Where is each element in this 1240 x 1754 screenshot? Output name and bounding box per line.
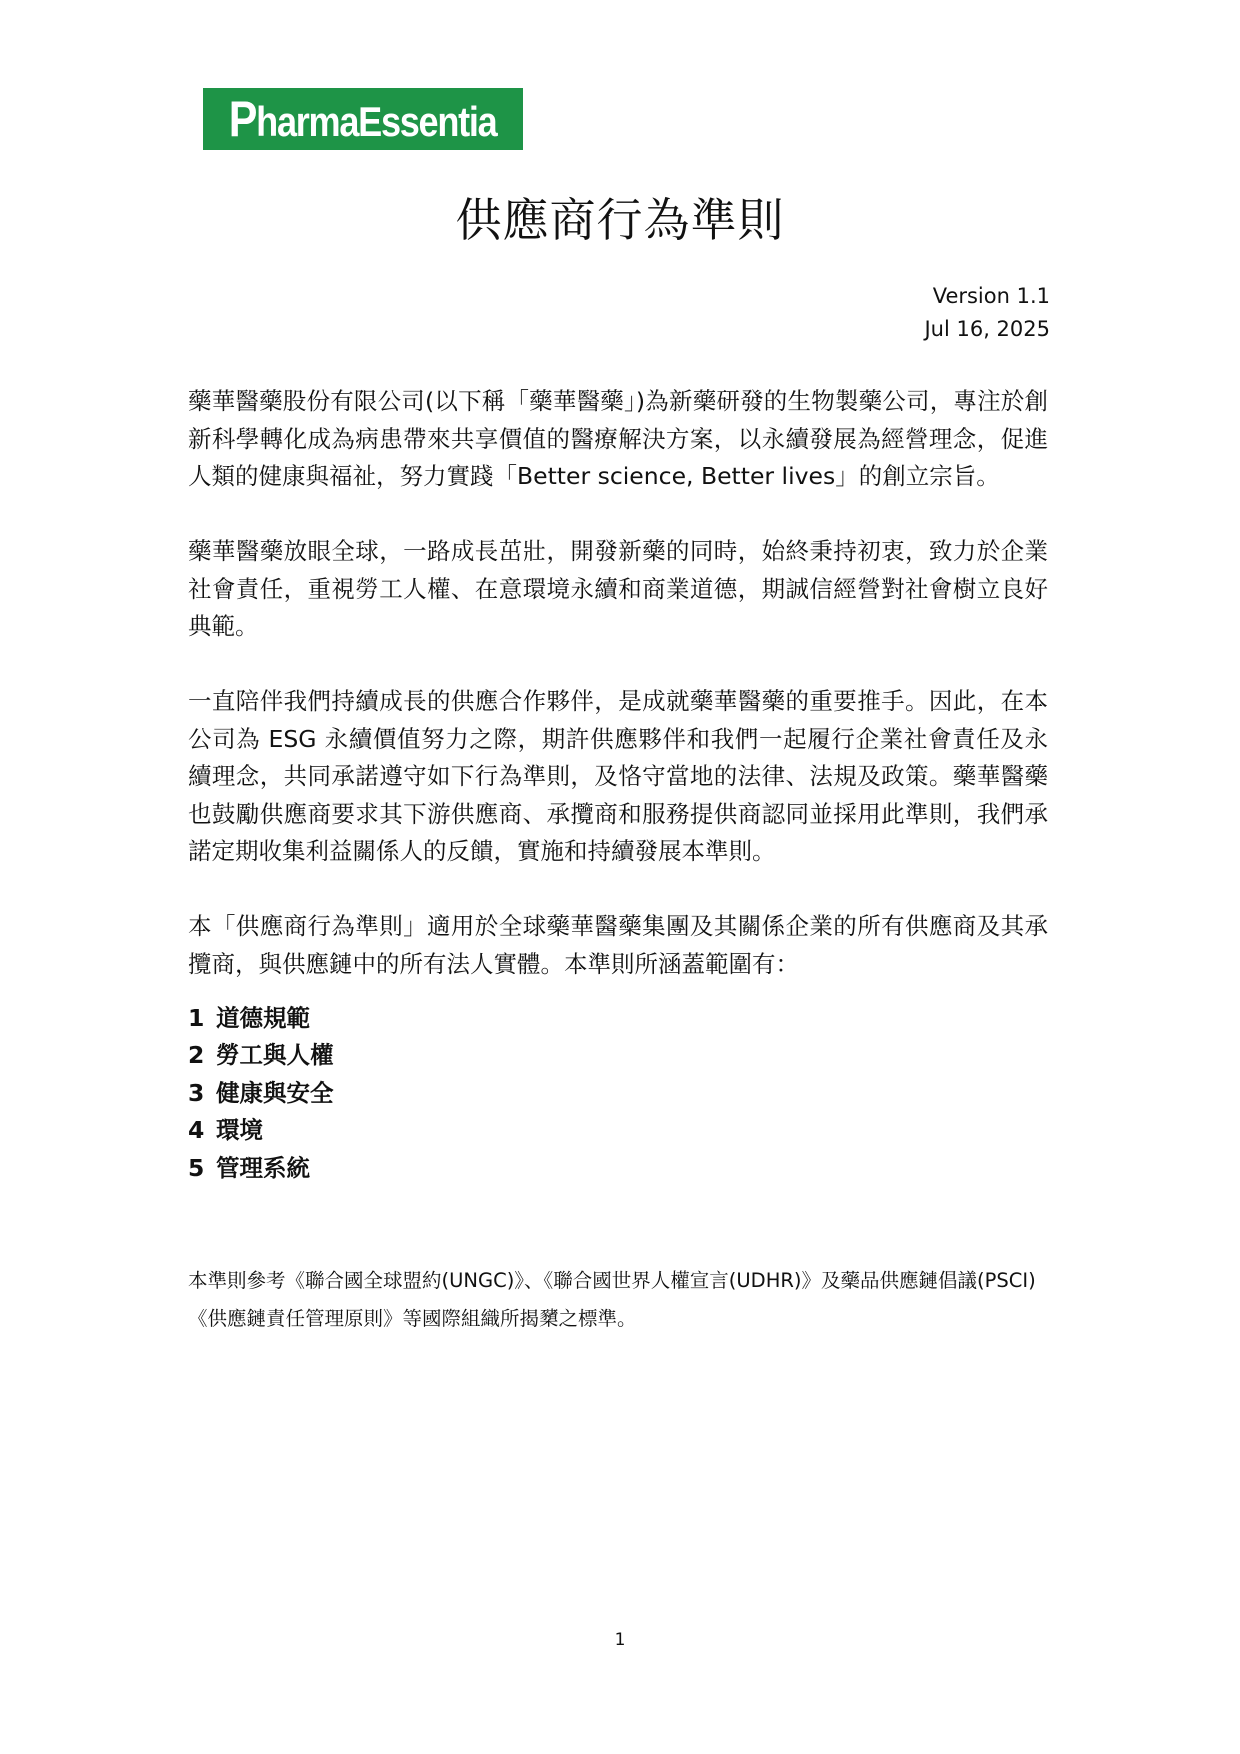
reference-footnote: 本準則參考《聯合國全球盟約(UNGC)》、《聯合國世界人權宣言(UDHR)》及藥… [188,1262,1048,1338]
scope-item: 3 健康與安全 [188,1075,1048,1113]
paragraph-supply-partners: 一直陪伴我們持續成長的供應合作夥伴，是成就藥華醫藥的重要推手。因此，在本公司為 … [188,683,1048,871]
version-date: Jul 16, 2025 [924,313,1050,346]
paragraph-global-vision: 藥華醫藥放眼全球，一路成長茁壯，開發新藥的同時，始終秉持初衷，致力於企業社會責任… [188,533,1048,646]
scope-item-number: 3 [188,1075,216,1113]
scope-list: 1 道德規範 2 勞工與人權 3 健康與安全 4 環境 5 管理系統 [188,1000,1048,1188]
scope-item: 2 勞工與人權 [188,1037,1048,1075]
scope-item: 5 管理系統 [188,1150,1048,1188]
version-label: Version 1.1 [924,280,1050,313]
scope-item-label: 健康與安全 [216,1075,334,1113]
paragraph-scope: 本「供應商行為準則」適用於全球藥華醫藥集團及其關係企業的所有供應商及其承攬商，與… [188,908,1048,983]
scope-item-number: 4 [188,1112,216,1150]
logo-rest: harmaEssentia [257,98,497,145]
scope-item: 1 道德規範 [188,1000,1048,1038]
company-logo: PharmaEssentia [203,88,523,150]
version-block: Version 1.1 Jul 16, 2025 [924,280,1050,346]
scope-item-label: 道德規範 [216,1000,310,1038]
page-number: 1 [0,1630,1240,1650]
scope-item-label: 環境 [216,1112,263,1150]
document-title: 供應商行為準則 [0,192,1240,248]
scope-item-number: 2 [188,1037,216,1075]
scope-item-number: 5 [188,1150,216,1188]
scope-item-number: 1 [188,1000,216,1038]
scope-item-label: 勞工與人權 [216,1037,334,1075]
document-body: 藥華醫藥股份有限公司(以下稱「藥華醫藥」)為新藥研發的生物製藥公司，專注於創新科… [188,383,1048,1187]
logo-text: PharmaEssentia [229,94,497,144]
paragraph-intro: 藥華醫藥股份有限公司(以下稱「藥華醫藥」)為新藥研發的生物製藥公司，專注於創新科… [188,383,1048,496]
scope-item: 4 環境 [188,1112,1048,1150]
scope-item-label: 管理系統 [216,1150,310,1188]
logo-initial: P [229,91,256,147]
